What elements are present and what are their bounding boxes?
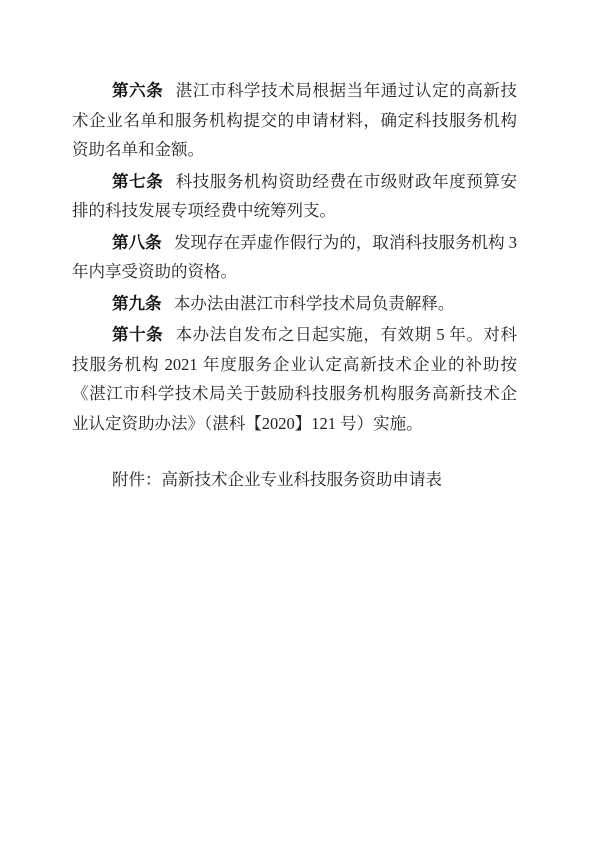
attachment-title: 高新技术企业专业科技服务资助申请表 [162,470,443,489]
article-9-text: 本办法由湛江市科学技术局负责解释。 [174,294,455,313]
article-6-number: 第六条 [112,81,163,100]
article-10-paragraph: 第十条本办法自发布之日起实施，有效期 5 年。对科技服务机构 2021 年度服务… [72,320,517,438]
article-9-paragraph: 第九条本办法由湛江市科学技术局负责解释。 [72,289,517,319]
article-8-number: 第八条 [112,233,162,252]
article-6-paragraph: 第六条湛江市科学技术局根据当年通过认定的高新技术企业名单和服务机构提交的申请材料… [72,76,517,165]
article-8-paragraph: 第八条发现存在弄虚作假行为的，取消科技服务机构 3 年内享受资助的资格。 [72,228,517,287]
document-page: 第六条湛江市科学技术局根据当年通过认定的高新技术企业名单和服务机构提交的申请材料… [0,0,600,848]
attachment-line: 附件：高新技术企业专业科技服务资助申请表 [72,465,517,495]
article-7-number: 第七条 [112,172,163,191]
attachment-label: 附件： [112,470,162,489]
article-10-number: 第十条 [112,325,163,344]
document-body: 第六条湛江市科学技术局根据当年通过认定的高新技术企业名单和服务机构提交的申请材料… [72,76,517,495]
article-9-number: 第九条 [112,294,162,313]
article-7-paragraph: 第七条科技服务机构资助经费在市级财政年度预算安排的科技发展专项经费中统筹列支。 [72,167,517,226]
